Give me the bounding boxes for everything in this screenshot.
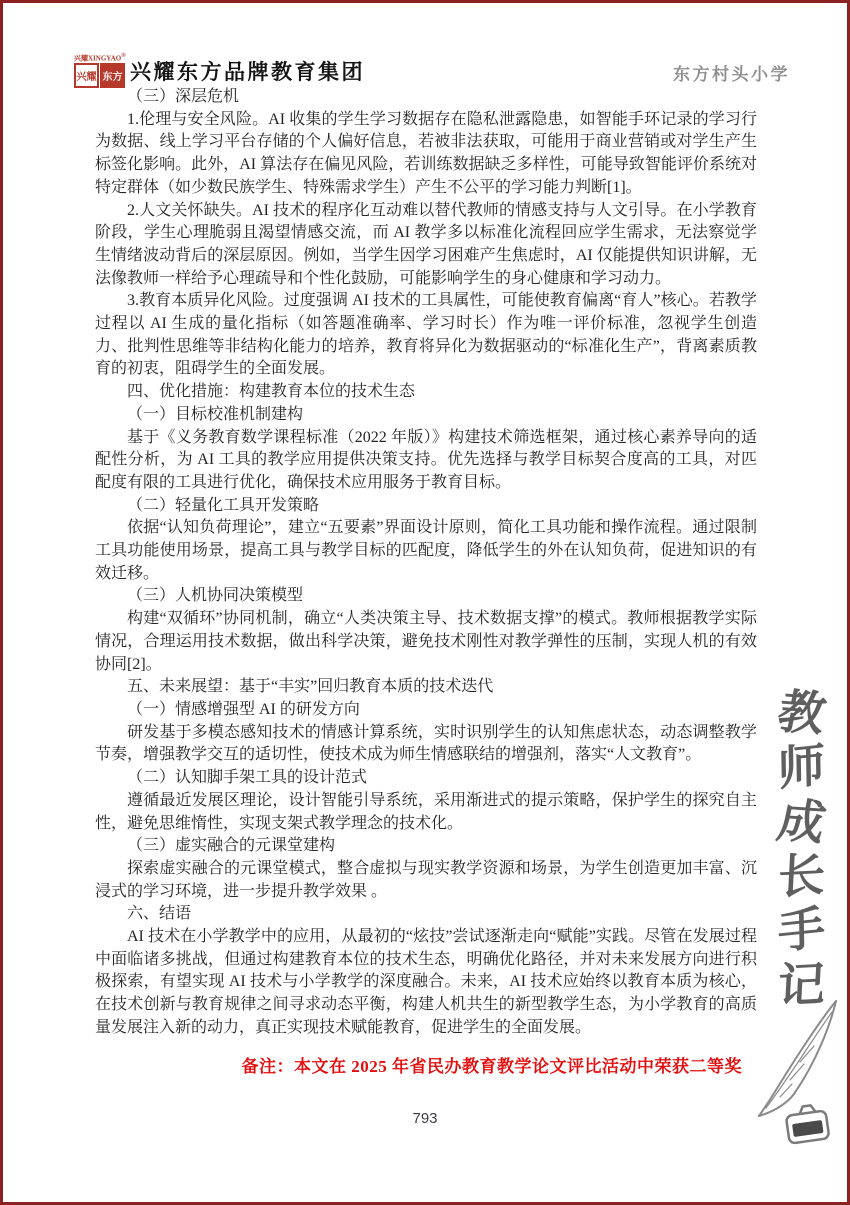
body-paragraph: （二）认知脚手架工具的设计范式 [95,767,757,790]
body-paragraph: 遵循最近发展区理论，设计智能引导系统，采用渐进式的提示策略，保护学生的探究自主性… [95,790,757,835]
body-paragraph: 3.教育本质异化风险。过度强调 AI 技术的工具属性，可能使教育偏离“育人”核心… [95,290,757,381]
calligraphy-char: 手 [777,905,825,959]
seal-icon: 兴耀 东方 [74,63,132,88]
body-paragraph: 六、结语 [95,903,757,926]
body-paragraph: （三）人机协同决策模型 [95,585,757,608]
body-paragraph: 2.人文关怀缺失。AI 技术的程序化互动难以替代教师的情感支持与人文引导。在小学… [95,200,757,291]
document-page: 兴耀XINGYAO® 兴耀 东方 兴耀东方品牌教育集团 东方村头小学 （三）深层… [0,0,850,1205]
side-calligraphy-title: 教师成长手记 [770,690,832,1011]
seal-right-block: 东方 [100,63,125,88]
body-paragraph: （三）深层危机 [95,86,757,109]
registered-trademark-icon: ® [121,53,125,59]
body-paragraph: 五、未来展望：基于“丰实”回归教育本质的技术迭代 [95,676,757,699]
body-paragraph: 四、优化措施：构建教育本位的技术生态 [95,381,757,404]
body-paragraph: （一）情感增强型 AI 的研发方向 [95,699,757,722]
body-paragraph: 研发基于多模态感知技术的情感计算系统，实时识别学生的认知焦虑状态，动态调整教学节… [95,722,757,767]
page-number: 793 [0,1110,850,1127]
body-text: （三）深层危机1.伦理与安全风险。AI 收集的学生学习数据存在隐私泄露隐患，如智… [95,86,757,1040]
brand-logo: 兴耀XINGYAO® 兴耀 东方 [74,52,132,88]
logo-small-text: 兴耀XINGYAO® [74,52,132,62]
body-paragraph: 基于《义务教育数学课程标准（2022 年版）》构建技术筛选框架，通过核心素养导向… [95,427,757,495]
calligraphy-char: 长 [776,852,826,904]
body-paragraph: 构建“双循环”协同机制，确立“人类决策主导、技术数据支撑”的模式。教师根据教学实… [95,608,757,676]
brand-name: 兴耀东方品牌教育集团 [130,56,365,86]
body-paragraph: 依据“认知负荷理论”，建立“五要素”界面设计原则，简化工具功能和操作流程。通过限… [95,517,757,585]
body-paragraph: AI 技术在小学教学中的应用，从最初的“炫技”尝试逐渐走向“赋能”实践。尽管在发… [95,926,757,1040]
calligraphy-char: 师 [777,742,825,796]
body-paragraph: （一）目标校准机制建构 [95,404,757,427]
body-paragraph: （三）虚实融合的元课堂建构 [95,835,757,858]
award-note: 备注：本文在 2025 年省民办教育教学论文评比活动中荣获二等奖 [242,1052,743,1077]
body-paragraph: 1.伦理与安全风险。AI 收集的学生学习数据存在隐私泄露隐患，如智能手环记录的学… [95,109,757,200]
seal-left-block: 兴耀 [74,63,99,88]
body-paragraph: （二）轻量化工具开发策略 [95,495,757,518]
calligraphy-char: 教 [773,688,830,741]
school-name: 东方村头小学 [673,60,790,85]
body-paragraph: 探索虚实融合的元课堂模式，整合虚拟与现实教学资源和场景，为学生创造更加丰富、沉浸… [95,858,757,903]
calligraphy-char: 成 [773,797,830,850]
